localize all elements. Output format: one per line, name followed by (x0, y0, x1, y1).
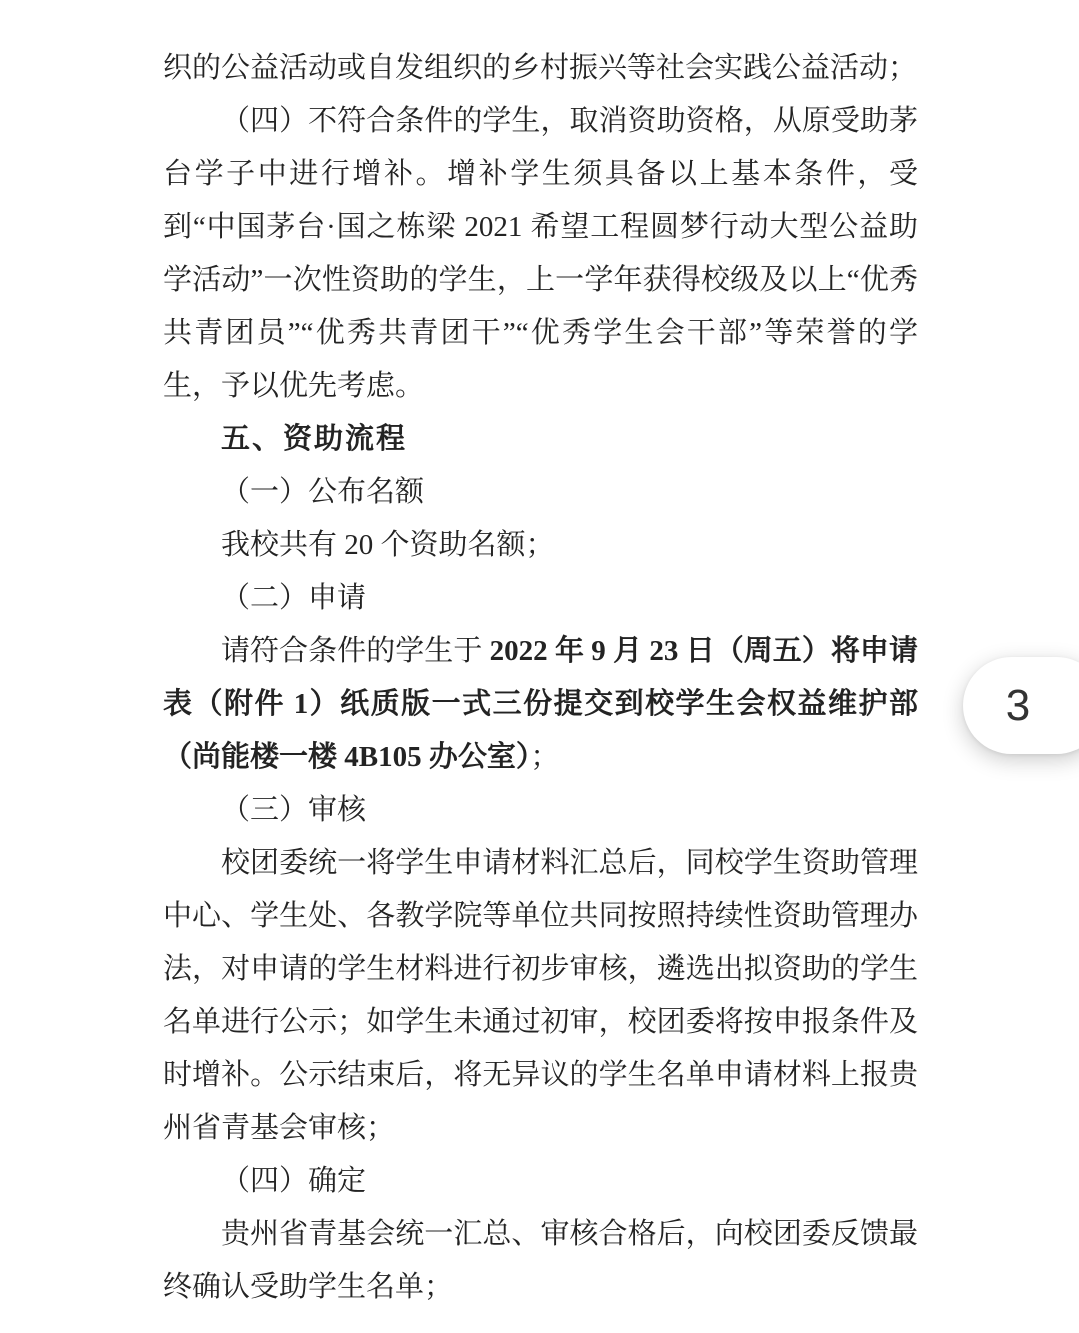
document-page: 织的公益活动或自发组织的乡村振兴等社会实践公益活动；（四）不符合条件的学生，取消… (0, 0, 1079, 1333)
text-run: （三）审核 (221, 794, 366, 826)
paragraph: （四）确定 (163, 1155, 918, 1208)
page-number: 3 (1006, 684, 1030, 728)
text-run: 请符合条件的学生于 (221, 635, 490, 667)
text-run: （二）申请 (221, 582, 366, 614)
paragraph: 校团委统一将学生申请材料汇总后，同校学生资助管理中心、学生处、各教学院等单位共同… (163, 837, 918, 1155)
document-body: 织的公益活动或自发组织的乡村振兴等社会实践公益活动；（四）不符合条件的学生，取消… (163, 42, 918, 1314)
section-heading: 五、资助流程 (163, 413, 918, 466)
text-run: ； (530, 741, 559, 773)
page-number-pill[interactable]: 3 (963, 657, 1079, 754)
paragraph: （三）审核 (163, 784, 918, 837)
paragraph: 我校共有 20 个资助名额； (163, 519, 918, 572)
text-run: （四）确定 (221, 1165, 366, 1197)
text-run: （四）不符合条件的学生，取消资助资格，从原受助茅台学子中进行增补。增补学生须具备… (163, 105, 918, 402)
text-run: 贵州省青基会统一汇总、审核合格后，向校团委反馈最终确认受助学生名单； (163, 1218, 918, 1303)
text-run: （一）公布名额 (221, 476, 424, 508)
text-run: 织的公益活动或自发组织的乡村振兴等社会实践公益活动； (163, 52, 917, 84)
text-run: 我校共有 20 个资助名额； (221, 529, 555, 561)
paragraph: （二）申请 (163, 572, 918, 625)
paragraph: 请符合条件的学生于 2022 年 9 月 23 日（周五）将申请表（附件 1）纸… (163, 625, 918, 784)
paragraph: 贵州省青基会统一汇总、审核合格后，向校团委反馈最终确认受助学生名单； (163, 1208, 918, 1314)
paragraph: （一）公布名额 (163, 466, 918, 519)
text-run: 校团委统一将学生申请材料汇总后，同校学生资助管理中心、学生处、各教学院等单位共同… (163, 847, 918, 1144)
bold-text-run: 五、资助流程 (221, 423, 407, 455)
paragraph: 织的公益活动或自发组织的乡村振兴等社会实践公益活动； (163, 42, 918, 95)
paragraph: （四）不符合条件的学生，取消资助资格，从原受助茅台学子中进行增补。增补学生须具备… (163, 95, 918, 413)
